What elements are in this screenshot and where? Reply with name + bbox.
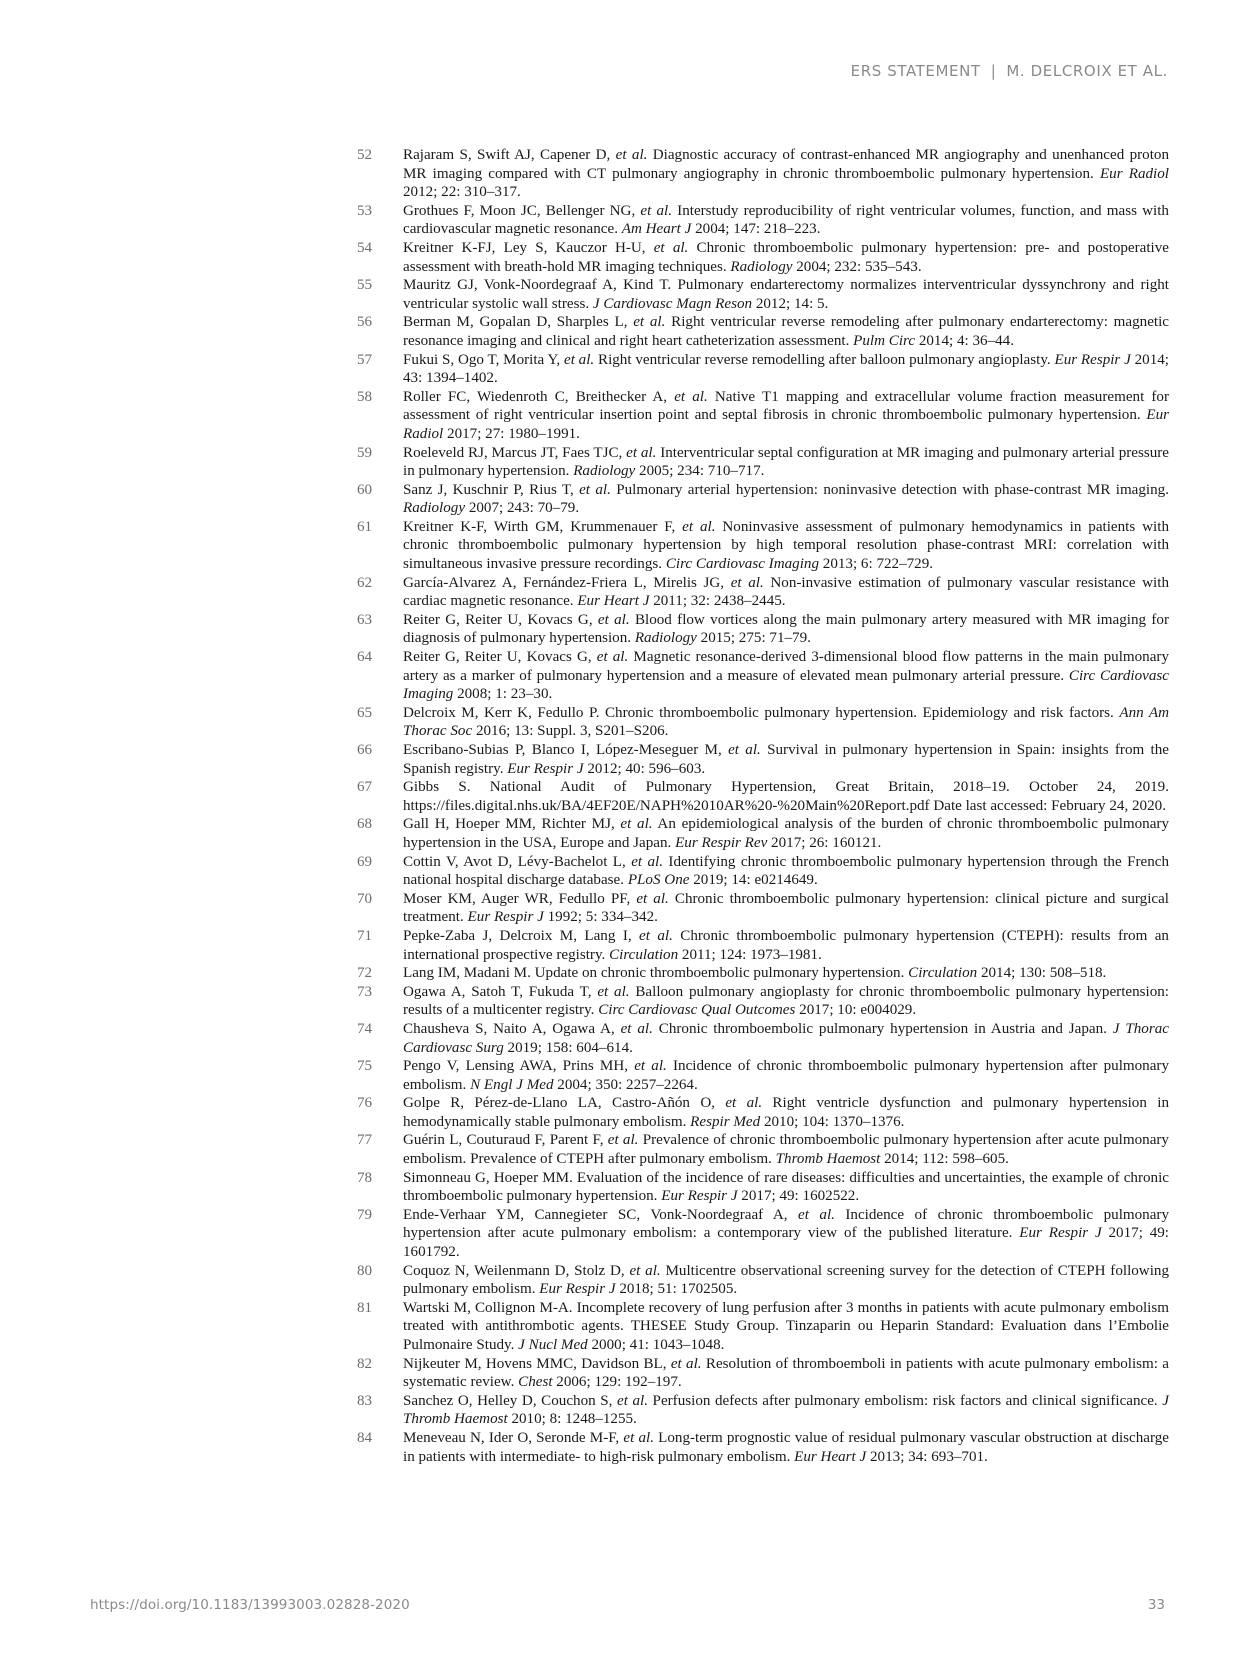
reference-journal: Radiology	[403, 500, 465, 516]
reference-citation: 2004; 350: 2257–2264.	[554, 1077, 698, 1093]
reference-journal: Eur Heart J	[577, 593, 649, 609]
reference-citation: 2012; 22: 310–317.	[403, 184, 521, 200]
reference-item: 69Cottin V, Avot D, Lévy-Bachelot L, et …	[357, 853, 1169, 890]
reference-authors: Roller FC, Wiedenroth C, Breithecker A,	[403, 389, 674, 405]
reference-journal: Circulation	[609, 947, 678, 963]
reference-title: Right ventricular reverse remodelling af…	[594, 352, 1054, 368]
header-section: ERS STATEMENT	[851, 62, 981, 80]
reference-item: 61Kreitner K-F, Wirth GM, Krummenauer F,…	[357, 518, 1169, 574]
reference-number: 73	[357, 983, 403, 1020]
reference-et-al: et al.	[597, 984, 629, 1000]
reference-text: Lang IM, Madani M. Update on chronic thr…	[403, 964, 1169, 983]
reference-number: 74	[357, 1020, 403, 1057]
reference-number: 57	[357, 351, 403, 388]
reference-number: 71	[357, 927, 403, 964]
reference-number: 77	[357, 1131, 403, 1168]
reference-item: 78Simonneau G, Hoeper MM. Evaluation of …	[357, 1169, 1169, 1206]
reference-citation: 2006; 129: 192–197.	[553, 1374, 682, 1390]
reference-journal: J Nucl Med	[518, 1337, 588, 1353]
reference-number: 83	[357, 1392, 403, 1429]
reference-authors: Gall H, Hoeper MM, Richter MJ,	[403, 816, 620, 832]
reference-journal: Chest	[518, 1374, 552, 1390]
reference-citation: 2015; 275: 71–79.	[697, 630, 811, 646]
reference-authors: Sanz J, Kuschnir P, Rius T,	[403, 482, 579, 498]
page-number: 33	[1148, 1597, 1165, 1613]
reference-item: 57Fukui S, Ogo T, Morita Y, et al. Right…	[357, 351, 1169, 388]
reference-authors: Sanchez O, Helley D, Couchon S,	[403, 1393, 617, 1409]
reference-citation: 2010; 8: 1248–1255.	[508, 1411, 637, 1427]
reference-authors: Reiter G, Reiter U, Kovacs G,	[403, 649, 597, 665]
reference-number: 53	[357, 202, 403, 239]
reference-citation: 2011; 32: 2438–2445.	[649, 593, 785, 609]
reference-text: Ende-Verhaar YM, Cannegieter SC, Vonk-No…	[403, 1206, 1169, 1262]
reference-text: Kreitner K-F, Wirth GM, Krummenauer F, e…	[403, 518, 1169, 574]
reference-citation: 2017; 26: 160121.	[767, 835, 881, 851]
reference-number: 75	[357, 1057, 403, 1094]
reference-citation: 1992; 5: 334–342.	[544, 909, 658, 925]
reference-item: 68Gall H, Hoeper MM, Richter MJ, et al. …	[357, 815, 1169, 852]
reference-citation: 2007; 243: 70–79.	[465, 500, 579, 516]
reference-text: Fukui S, Ogo T, Morita Y, et al. Right v…	[403, 351, 1169, 388]
reference-number: 80	[357, 1262, 403, 1299]
reference-number: 82	[357, 1355, 403, 1392]
reference-item: 53Grothues F, Moon JC, Bellenger NG, et …	[357, 202, 1169, 239]
reference-citation: 2000; 41: 1043–1048.	[588, 1337, 725, 1353]
reference-et-al: et al.	[621, 1021, 653, 1037]
reference-et-al: et al.	[616, 147, 648, 163]
reference-item: 64Reiter G, Reiter U, Kovacs G, et al. M…	[357, 648, 1169, 704]
reference-item: 58Roller FC, Wiedenroth C, Breithecker A…	[357, 388, 1169, 444]
reference-item: 79Ende-Verhaar YM, Cannegieter SC, Vonk-…	[357, 1206, 1169, 1262]
reference-et-al: et al.	[620, 816, 652, 832]
reference-authors: Nijkeuter M, Hovens MMC, Davidson BL,	[403, 1356, 671, 1372]
reference-text: Pepke-Zaba J, Delcroix M, Lang I, et al.…	[403, 927, 1169, 964]
reference-journal: Eur Respir J	[1019, 1225, 1101, 1241]
reference-citation: 2012; 14: 5.	[752, 296, 828, 312]
reference-authors: Reiter G, Reiter U, Kovacs G,	[403, 612, 598, 628]
reference-number: 52	[357, 146, 403, 202]
reference-number: 68	[357, 815, 403, 852]
reference-et-al: et al.	[674, 389, 708, 405]
reference-authors: Coquoz N, Weilenmann D, Stolz D,	[403, 1263, 629, 1279]
reference-text: Coquoz N, Weilenmann D, Stolz D, et al. …	[403, 1262, 1169, 1299]
reference-title: Chronic thromboembolic pulmonary hyperte…	[653, 1021, 1113, 1037]
reference-text: Sanz J, Kuschnir P, Rius T, et al. Pulmo…	[403, 481, 1169, 518]
reference-citation: 2004; 147: 218–223.	[691, 221, 820, 237]
reference-citation: 2008; 1: 23–30.	[453, 686, 552, 702]
reference-et-al: et al.	[623, 1430, 654, 1446]
reference-authors: García-Alvarez A, Fernández-Friera L, Mi…	[403, 575, 731, 591]
reference-et-al: et al.	[682, 519, 715, 535]
reference-journal: Eur Respir J	[507, 761, 583, 777]
reference-et-al: et al.	[629, 1263, 660, 1279]
reference-journal: Radiology	[730, 259, 792, 275]
reference-et-al: et al.	[633, 314, 665, 330]
reference-et-al: et al.	[631, 854, 663, 870]
reference-et-al: et al.	[617, 1393, 648, 1409]
reference-number: 72	[357, 964, 403, 983]
reference-item: 66Escribano-Subias P, Blanco I, López-Me…	[357, 741, 1169, 778]
reference-item: 67Gibbs S. National Audit of Pulmonary H…	[357, 778, 1169, 815]
reference-citation: 2004; 232: 535–543.	[792, 259, 921, 275]
reference-authors: Pepke-Zaba J, Delcroix M, Lang I,	[403, 928, 639, 944]
reference-et-al: et al.	[640, 203, 672, 219]
reference-number: 63	[357, 611, 403, 648]
reference-item: 81Wartski M, Collignon M-A. Incomplete r…	[357, 1299, 1169, 1355]
reference-citation: 2010; 104: 1370–1376.	[760, 1114, 904, 1130]
reference-et-al: et al.	[634, 1058, 667, 1074]
reference-et-al: et al.	[671, 1356, 702, 1372]
reference-number: 79	[357, 1206, 403, 1262]
reference-authors: Ende-Verhaar YM, Cannegieter SC, Vonk-No…	[403, 1207, 798, 1223]
reference-text: García-Alvarez A, Fernández-Friera L, Mi…	[403, 574, 1169, 611]
reference-et-al: et al.	[608, 1132, 639, 1148]
reference-number: 70	[357, 890, 403, 927]
reference-item: 55Mauritz GJ, Vonk-Noordegraaf A, Kind T…	[357, 276, 1169, 313]
footer-doi-link[interactable]: https://doi.org/10.1183/13993003.02828-2…	[90, 1597, 410, 1613]
reference-text: Ogawa A, Satoh T, Fukuda T, et al. Ballo…	[403, 983, 1169, 1020]
reference-number: 56	[357, 313, 403, 350]
reference-citation: 2012; 40: 596–603.	[584, 761, 706, 777]
reference-item: 70Moser KM, Auger WR, Fedullo PF, et al.…	[357, 890, 1169, 927]
reference-item: 60Sanz J, Kuschnir P, Rius T, et al. Pul…	[357, 481, 1169, 518]
reference-text: Cottin V, Avot D, Lévy-Bachelot L, et al…	[403, 853, 1169, 890]
reference-journal: Thromb Haemost	[776, 1151, 881, 1167]
reference-text: Berman M, Gopalan D, Sharples L, et al. …	[403, 313, 1169, 350]
reference-journal: N Engl J Med	[470, 1077, 553, 1093]
reference-text: Grothues F, Moon JC, Bellenger NG, et al…	[403, 202, 1169, 239]
reference-authors: Escribano-Subias P, Blanco I, López-Mese…	[403, 742, 728, 758]
reference-et-al: et al.	[639, 928, 673, 944]
document-page: ERS STATEMENT|M. DELCROIX ET AL. 52Rajar…	[0, 0, 1241, 1654]
reference-item: 52Rajaram S, Swift AJ, Capener D, et al.…	[357, 146, 1169, 202]
reference-text: Rajaram S, Swift AJ, Capener D, et al. D…	[403, 146, 1169, 202]
reference-text: Kreitner K-FJ, Ley S, Kauczor H-U, et al…	[403, 239, 1169, 276]
reference-authors: Fukui S, Ogo T, Morita Y,	[403, 352, 564, 368]
reference-number: 69	[357, 853, 403, 890]
reference-item: 54Kreitner K-FJ, Ley S, Kauczor H-U, et …	[357, 239, 1169, 276]
reference-item: 75Pengo V, Lensing AWA, Prins MH, et al.…	[357, 1057, 1169, 1094]
reference-text: Golpe R, Pérez-de-Llano LA, Castro-Añón …	[403, 1094, 1169, 1131]
reference-number: 62	[357, 574, 403, 611]
reference-journal: Respir Med	[690, 1114, 760, 1130]
reference-citation: 2014; 4: 36–44.	[915, 333, 1014, 349]
reference-item: 74Chausheva S, Naito A, Ogawa A, et al. …	[357, 1020, 1169, 1057]
reference-journal: PLoS One	[628, 872, 690, 888]
reference-number: 54	[357, 239, 403, 276]
reference-authors: Pengo V, Lensing AWA, Prins MH,	[403, 1058, 634, 1074]
reference-et-al: et al.	[636, 891, 668, 907]
reference-citation: 2017; 27: 1980–1991.	[443, 426, 580, 442]
reference-journal: Radiology	[635, 630, 697, 646]
reference-citation: 2013; 34: 693–701.	[866, 1449, 988, 1465]
reference-text: Sanchez O, Helley D, Couchon S, et al. P…	[403, 1392, 1169, 1429]
reference-citation: 2014; 112: 598–605.	[880, 1151, 1009, 1167]
header-separator: |	[991, 62, 997, 80]
reference-citation: 2014; 130: 508–518.	[977, 965, 1106, 981]
reference-item: 71Pepke-Zaba J, Delcroix M, Lang I, et a…	[357, 927, 1169, 964]
reference-item: 72Lang IM, Madani M. Update on chronic t…	[357, 964, 1169, 983]
reference-text: Chausheva S, Naito A, Ogawa A, et al. Ch…	[403, 1020, 1169, 1057]
reference-et-al: et al.	[798, 1207, 835, 1223]
reference-authors: Cottin V, Avot D, Lévy-Bachelot L,	[403, 854, 631, 870]
reference-citation: 2011; 124: 1973–1981.	[678, 947, 822, 963]
reference-citation: 2017; 10: e004029.	[795, 1002, 916, 1018]
reference-text: Mauritz GJ, Vonk-Noordegraaf A, Kind T. …	[403, 276, 1169, 313]
reference-et-al: et al.	[598, 612, 630, 628]
reference-text: Gall H, Hoeper MM, Richter MJ, et al. An…	[403, 815, 1169, 852]
reference-citation: 2005; 234: 710–717.	[635, 463, 764, 479]
reference-journal: Eur Respir J	[661, 1188, 737, 1204]
reference-number: 60	[357, 481, 403, 518]
reference-journal: Eur Respir J	[1054, 352, 1130, 368]
reference-text: Escribano-Subias P, Blanco I, López-Mese…	[403, 741, 1169, 778]
reference-journal: Eur Heart J	[794, 1449, 866, 1465]
reference-journal: Eur Respir J	[539, 1281, 615, 1297]
reference-number: 78	[357, 1169, 403, 1206]
reference-authors: Roeleveld RJ, Marcus JT, Faes TJC,	[403, 445, 626, 461]
reference-authors: Meneveau N, Ider O, Seronde M-F,	[403, 1430, 623, 1446]
reference-item: 80Coquoz N, Weilenmann D, Stolz D, et al…	[357, 1262, 1169, 1299]
reference-item: 56Berman M, Gopalan D, Sharples L, et al…	[357, 313, 1169, 350]
reference-authors: Kreitner K-FJ, Ley S, Kauczor H-U,	[403, 240, 654, 256]
reference-et-al: et al.	[597, 649, 629, 665]
reference-item: 65Delcroix M, Kerr K, Fedullo P. Chronic…	[357, 704, 1169, 741]
reference-number: 61	[357, 518, 403, 574]
reference-authors: Gibbs S. National Audit of Pulmonary Hyp…	[403, 779, 1169, 814]
reference-number: 64	[357, 648, 403, 704]
reference-authors: Moser KM, Auger WR, Fedullo PF,	[403, 891, 636, 907]
reference-authors: Grothues F, Moon JC, Bellenger NG,	[403, 203, 640, 219]
reference-text: Wartski M, Collignon M-A. Incomplete rec…	[403, 1299, 1169, 1355]
reference-item: 59Roeleveld RJ, Marcus JT, Faes TJC, et …	[357, 444, 1169, 481]
reference-journal: Circ Cardiovasc Qual Outcomes	[598, 1002, 795, 1018]
reference-et-al: et al.	[626, 445, 656, 461]
reference-authors: Kreitner K-F, Wirth GM, Krummenauer F,	[403, 519, 682, 535]
reference-text: Roller FC, Wiedenroth C, Breithecker A, …	[403, 388, 1169, 444]
reference-number: 59	[357, 444, 403, 481]
reference-citation: 2016; 13: Suppl. 3, S201–S206.	[472, 723, 668, 739]
reference-citation: 2018; 51: 1702505.	[616, 1281, 738, 1297]
reference-et-al: et al.	[579, 482, 611, 498]
reference-number: 65	[357, 704, 403, 741]
reference-item: 84Meneveau N, Ider O, Seronde M-F, et al…	[357, 1429, 1169, 1466]
reference-number: 55	[357, 276, 403, 313]
reference-text: Moser KM, Auger WR, Fedullo PF, et al. C…	[403, 890, 1169, 927]
reference-text: Guérin L, Couturaud F, Parent F, et al. …	[403, 1131, 1169, 1168]
reference-text: Meneveau N, Ider O, Seronde M-F, et al. …	[403, 1429, 1169, 1466]
reference-citation: 2017; 49: 1602522.	[738, 1188, 860, 1204]
reference-number: 67	[357, 778, 403, 815]
reference-journal: Pulm Circ	[853, 333, 915, 349]
reference-citation: 2019; 158: 604–614.	[504, 1040, 633, 1056]
running-header: ERS STATEMENT|M. DELCROIX ET AL.	[851, 62, 1168, 80]
reference-text: Simonneau G, Hoeper MM. Evaluation of th…	[403, 1169, 1169, 1206]
reference-journal: Eur Respir Rev	[675, 835, 767, 851]
header-authors: M. DELCROIX ET AL.	[1006, 62, 1168, 80]
reference-journal: J Cardiovasc Magn Reson	[593, 296, 752, 312]
reference-authors: Golpe R, Pérez-de-Llano LA, Castro-Añón …	[403, 1095, 725, 1111]
reference-title: Pulmonary arterial hypertension: noninva…	[611, 482, 1169, 498]
reference-authors: Rajaram S, Swift AJ, Capener D,	[403, 147, 616, 163]
reference-et-al: et al.	[725, 1095, 762, 1111]
reference-item: 76Golpe R, Pérez-de-Llano LA, Castro-Añó…	[357, 1094, 1169, 1131]
reference-number: 76	[357, 1094, 403, 1131]
reference-text: Pengo V, Lensing AWA, Prins MH, et al. I…	[403, 1057, 1169, 1094]
reference-text: Gibbs S. National Audit of Pulmonary Hyp…	[403, 778, 1169, 815]
reference-number: 84	[357, 1429, 403, 1466]
reference-item: 63Reiter G, Reiter U, Kovacs G, et al. B…	[357, 611, 1169, 648]
reference-et-al: et al.	[728, 742, 761, 758]
reference-title: Perfusion defects after pulmonary emboli…	[648, 1393, 1162, 1409]
reference-text: Roeleveld RJ, Marcus JT, Faes TJC, et al…	[403, 444, 1169, 481]
reference-number: 81	[357, 1299, 403, 1355]
reference-list: 52Rajaram S, Swift AJ, Capener D, et al.…	[357, 146, 1169, 1466]
reference-item: 77Guérin L, Couturaud F, Parent F, et al…	[357, 1131, 1169, 1168]
reference-journal: Circulation	[908, 965, 977, 981]
reference-citation: 2019; 14: e0214649.	[689, 872, 817, 888]
reference-text: Delcroix M, Kerr K, Fedullo P. Chronic t…	[403, 704, 1169, 741]
reference-journal: Am Heart J	[622, 221, 692, 237]
reference-authors: Ogawa A, Satoh T, Fukuda T,	[403, 984, 597, 1000]
reference-journal: Circ Cardiovasc Imaging	[666, 556, 819, 572]
reference-item: 73Ogawa A, Satoh T, Fukuda T, et al. Bal…	[357, 983, 1169, 1020]
reference-journal: Radiology	[573, 463, 635, 479]
reference-et-al: et al.	[564, 352, 594, 368]
reference-text: Reiter G, Reiter U, Kovacs G, et al. Blo…	[403, 611, 1169, 648]
reference-journal: Eur Respir J	[468, 909, 544, 925]
reference-et-al: et al.	[731, 575, 764, 591]
reference-citation: 2013; 6: 722–729.	[819, 556, 933, 572]
reference-et-al: et al.	[654, 240, 689, 256]
reference-item: 62García-Alvarez A, Fernández-Friera L, …	[357, 574, 1169, 611]
reference-authors: Lang IM, Madani M. Update on chronic thr…	[403, 965, 908, 981]
reference-authors: Berman M, Gopalan D, Sharples L,	[403, 314, 633, 330]
reference-number: 58	[357, 388, 403, 444]
reference-authors: Guérin L, Couturaud F, Parent F,	[403, 1132, 608, 1148]
reference-item: 82Nijkeuter M, Hovens MMC, Davidson BL, …	[357, 1355, 1169, 1392]
reference-text: Nijkeuter M, Hovens MMC, Davidson BL, et…	[403, 1355, 1169, 1392]
reference-number: 66	[357, 741, 403, 778]
reference-text: Reiter G, Reiter U, Kovacs G, et al. Mag…	[403, 648, 1169, 704]
reference-authors: Chausheva S, Naito A, Ogawa A,	[403, 1021, 621, 1037]
reference-journal: Eur Radiol	[1100, 166, 1169, 182]
reference-authors: Delcroix M, Kerr K, Fedullo P. Chronic t…	[403, 705, 1119, 721]
reference-item: 83Sanchez O, Helley D, Couchon S, et al.…	[357, 1392, 1169, 1429]
